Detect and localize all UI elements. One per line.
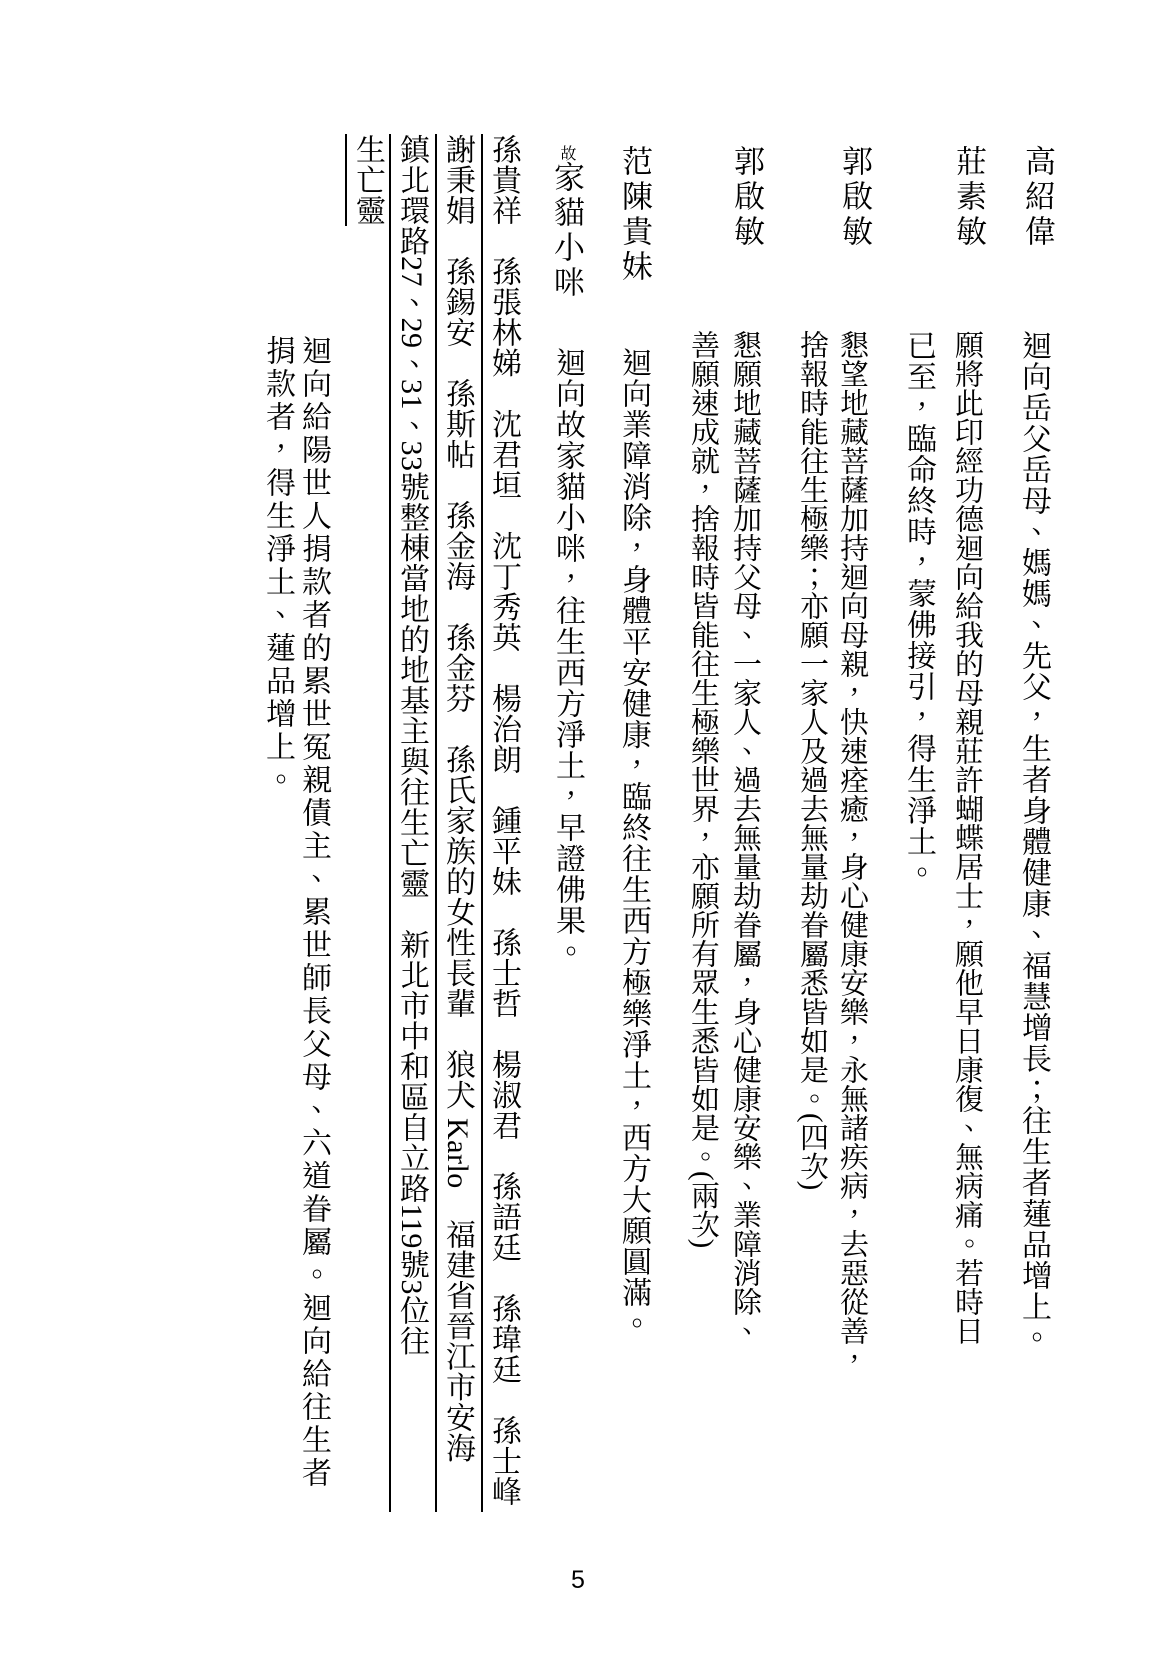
name-list-col-4: 生亡靈 <box>345 134 384 226</box>
name-list-col-2: 謝秉娟 孫錫安 孫斯帖 孫金海 孫金芬 孫氏家族的女性長輩 狼犬 Karlo 福… <box>435 134 474 1512</box>
deceased-prefix: 故 <box>558 145 575 161</box>
donor-name-4: 郭啟敏 <box>729 145 763 250</box>
page-number: 5 <box>571 1566 585 1595</box>
general-dedication-col-2: 捐款者，得生淨土、蓮品增上。 <box>260 335 294 797</box>
dedication-5-col-1: 迴向業障消除，身體平安健康，臨終往生西方極樂淨土，西方大願圓滿。 <box>616 347 650 1339</box>
donor-name-6: 故家貓小咪 <box>549 145 583 301</box>
dedication-2-col-2: 已至，臨命終時，蒙佛接引，得生淨土。 <box>901 330 935 888</box>
name-list-col-3: 鎮北環路27、29、31、33號整棟當地的地基主與往生亡靈 新北市中和區自立路1… <box>389 134 428 1512</box>
name-list-col-1: 孫貴祥 孫張林娣 沈君垣 沈丁秀英 楊治朗 鍾平妹 孫士哲 楊淑君 孫語廷 孫瑋… <box>481 134 520 1512</box>
donor-name-1: 高紹偉 <box>1020 145 1054 250</box>
donor-name-3: 郭啟敏 <box>837 145 871 250</box>
general-dedication-col-1: 迴向給陽世人捐款者的累世冤親債主、累世師長父母、六道眷屬。迴向給往生者 <box>296 335 330 1490</box>
donor-name-2: 莊素敏 <box>951 145 985 250</box>
dedication-4-col-1: 懇願地藏菩薩加持父母、一家人、過去無量劫眷屬，身心健康安樂、業障消除、 <box>728 330 762 1345</box>
document-page: 高紹偉 迴向岳父岳母、媽媽、先父，生者身體健康、福慧增長；往生者蓮品增上。 莊素… <box>0 0 1166 1654</box>
dedication-2-col-1: 願將此印經功德迴向給我的母親莊許蝴蝶居士，願他早日康復、無病痛。若時日 <box>950 330 984 1345</box>
dedication-3-col-1: 懇望地藏菩薩加持迴向母親，快速痊癒，身心健康安樂，永無諸疾病，去惡從善， <box>835 330 869 1374</box>
dedication-4-col-2: 善願速成就，捨報時皆能往生極樂世界，亦願所有眾生悉皆如是。(兩次) <box>686 330 720 1248</box>
donor-name-6-text: 家貓小咪 <box>549 161 584 301</box>
dedication-6-col-1: 迴向故家貓小咪，往生西方淨土，早證佛果。 <box>550 347 584 967</box>
dedication-3-col-2: 捨報時能往生極樂；亦願一家人及過去無量劫眷屬悉皆如是。(四次) <box>795 330 829 1190</box>
donor-name-5: 范陳貴妹 <box>617 145 651 285</box>
dedication-1-col-1: 迴向岳父岳母、媽媽、先父，生者身體健康、福慧增長；往生者蓮品增上。 <box>1016 330 1050 1353</box>
